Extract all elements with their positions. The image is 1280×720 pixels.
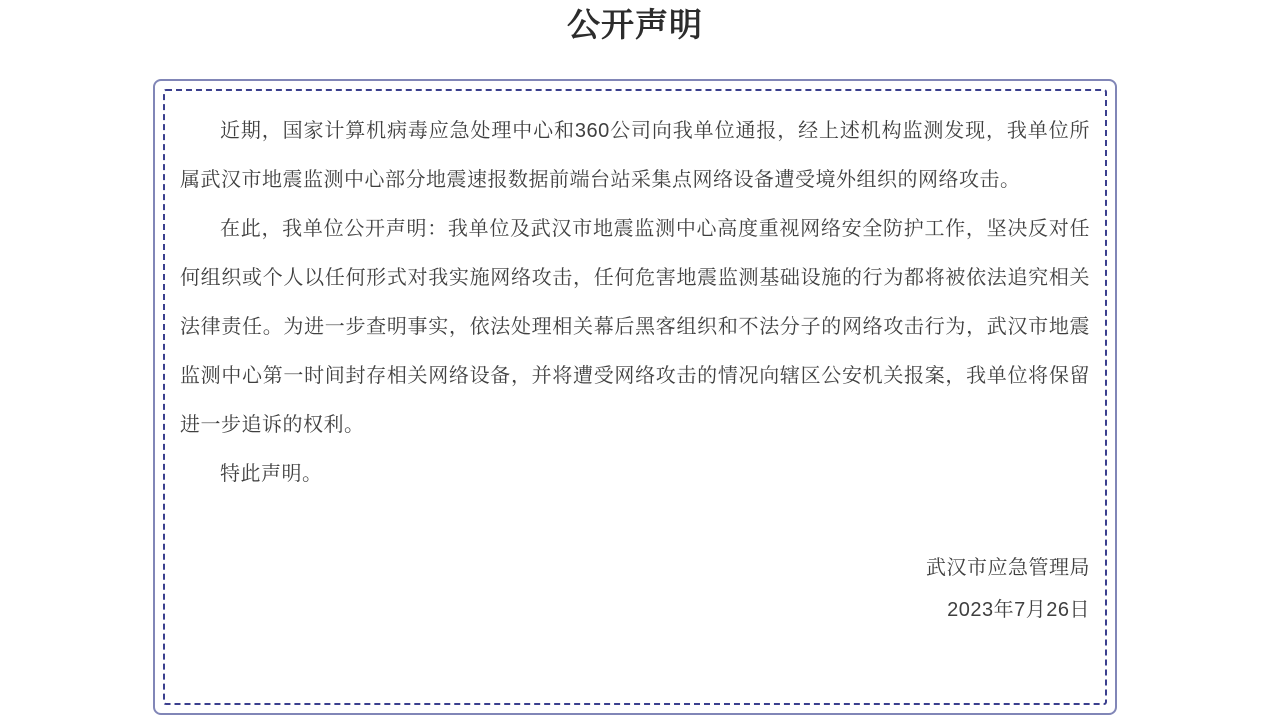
statement-dashed-box: 近期，国家计算机病毒应急处理中心和360公司向我单位通报，经上述机构监测发现，我… [163,89,1107,705]
page-title: 公开声明 [153,2,1117,48]
statement-outer-box: 近期，国家计算机病毒应急处理中心和360公司向我单位通报，经上述机构监测发现，我… [153,79,1117,715]
statement-paragraph-1: 近期，国家计算机病毒应急处理中心和360公司向我单位通报，经上述机构监测发现，我… [180,107,1090,205]
signature-block: 武汉市应急管理局 2023年7月26日 [180,547,1090,631]
issue-date: 2023年7月26日 [180,589,1090,631]
statement-paragraph-2: 在此，我单位公开声明：我单位及武汉市地震监测中心高度重视网络安全防护工作，坚决反… [180,205,1090,450]
issuer-name: 武汉市应急管理局 [180,547,1090,589]
statement-closing-line: 特此声明。 [180,450,1090,499]
statement-page: 公开声明 近期，国家计算机病毒应急处理中心和360公司向我单位通报，经上述机构监… [153,0,1117,715]
